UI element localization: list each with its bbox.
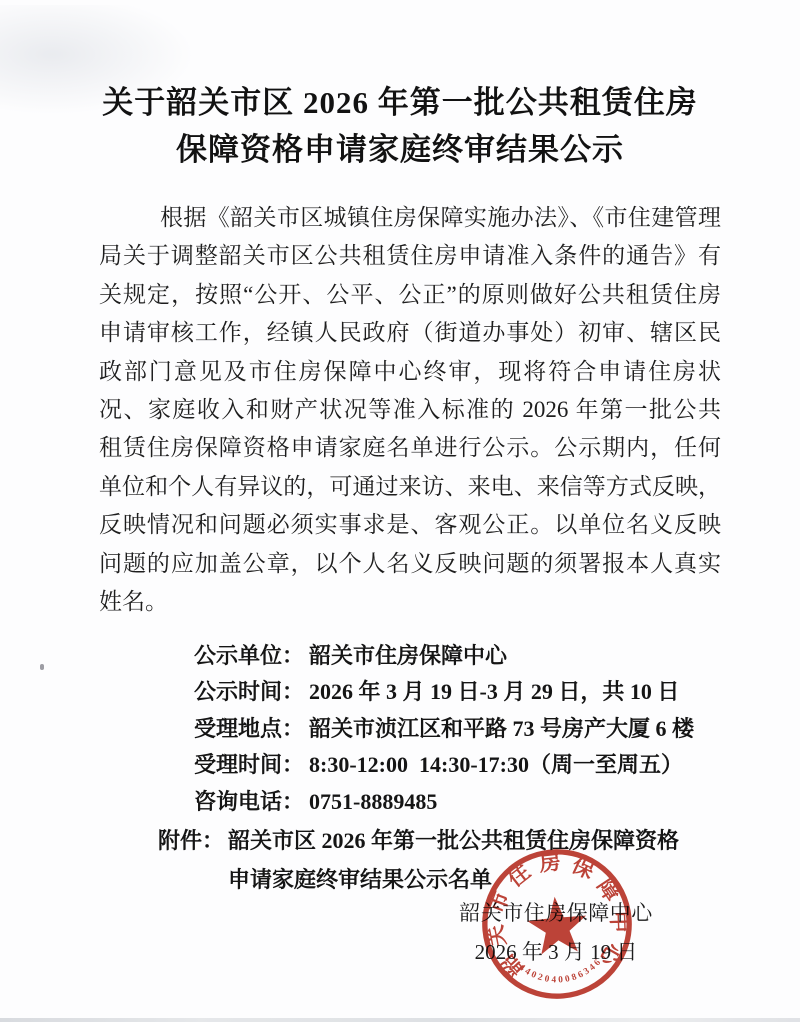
info-value: 韶关市住房保障中心 <box>309 643 507 668</box>
attachment-title: 韶关市区 2026 年第一批公共租赁住房保障资格 申请家庭终审结果公示名单 <box>228 822 679 899</box>
signature-date: 2026 年 3 月 19 日 <box>416 938 696 966</box>
body-line: 根据《韶关市区城镇住房保障实施办法》、《市住建管理 <box>99 199 721 237</box>
body-line: 况、家庭收入和财产状况等准入标准的 2026 年第一批公共 <box>99 391 721 429</box>
scan-edge <box>0 1018 800 1022</box>
body-line: 问题的应加盖公章，以个人名义反映问题的须署报本人真实 <box>99 545 721 583</box>
info-value: 韶关市浈江区和平路 73 号房产大厦 6 楼 <box>309 716 694 741</box>
info-label: 受理地点： <box>194 716 304 741</box>
attachment-line-2: 申请家庭终审结果公示名单 <box>228 861 679 900</box>
info-value: 2026 年 3 月 19 日-3 月 29 日，共 10 日 <box>309 679 679 704</box>
title-line-1: 关于韶关市区 2026 年第一批公共租赁住房 <box>0 79 800 126</box>
info-label: 咨询电话： <box>194 789 304 814</box>
body-line: 租赁住房保障资格申请家庭名单进行公示。公示期内，任何 <box>99 429 721 467</box>
attachment-line-1: 韶关市区 2026 年第一批公共租赁住房保障资格 <box>228 822 679 861</box>
body-line: 局关于调整韶关市区公共租赁住房申请准入条件的通告》有 <box>99 237 721 275</box>
notice-info-list: 公示单位：韶关市住房保障中心 公示时间：2026 年 3 月 19 日-3 月 … <box>161 601 721 784</box>
scan-speck <box>40 664 44 670</box>
body-line: 关规定，按照“公开、公平、公正”的原则做好公共租赁住房 <box>99 276 721 314</box>
body-line: 反映情况和问题必须实事求是、客观公正。以单位名义反映 <box>99 506 721 544</box>
body-line: 政部门意见及市住房保障中心终审，现将符合申请住房状 <box>99 353 721 391</box>
info-phone-number: 0751-8889485 <box>309 789 437 814</box>
signature-block: 韶关市住房保障中心 2026 年 3 月 19 日 <box>416 899 696 966</box>
info-label: 公示时间： <box>194 679 304 704</box>
body-line: 单位和个人有异议的，可通过来访、来电、来信等方式反映， <box>99 468 721 506</box>
document-title: 关于韶关市区 2026 年第一批公共租赁住房 保障资格申请家庭终审结果公示 <box>0 79 800 173</box>
info-label: 公示单位： <box>194 643 304 668</box>
info-row-public-unit: 公示单位：韶关市住房保障中心 <box>161 601 721 638</box>
attachment-section: 附件： 韶关市区 2026 年第一批公共租赁住房保障资格 申请家庭终审结果公示名… <box>158 822 718 899</box>
body-line: 申请审核工作，经镇人民政府（街道办事处）初审、辖区民 <box>99 314 721 352</box>
document-page: 关于韶关市区 2026 年第一批公共租赁住房 保障资格申请家庭终审结果公示 根据… <box>0 0 800 1022</box>
attachment-label: 附件： <box>158 822 224 861</box>
document-body: 根据《韶关市区城镇住房保障实施办法》、《市住建管理 局关于调整韶关市区公共租赁住… <box>99 199 721 621</box>
title-line-2: 保障资格申请家庭终审结果公示 <box>0 126 800 173</box>
info-label: 受理时间： <box>194 752 304 777</box>
info-value: 8:30-12:00 14:30-17:30（周一至周五） <box>309 752 683 777</box>
signature-org: 韶关市住房保障中心 <box>416 899 696 927</box>
